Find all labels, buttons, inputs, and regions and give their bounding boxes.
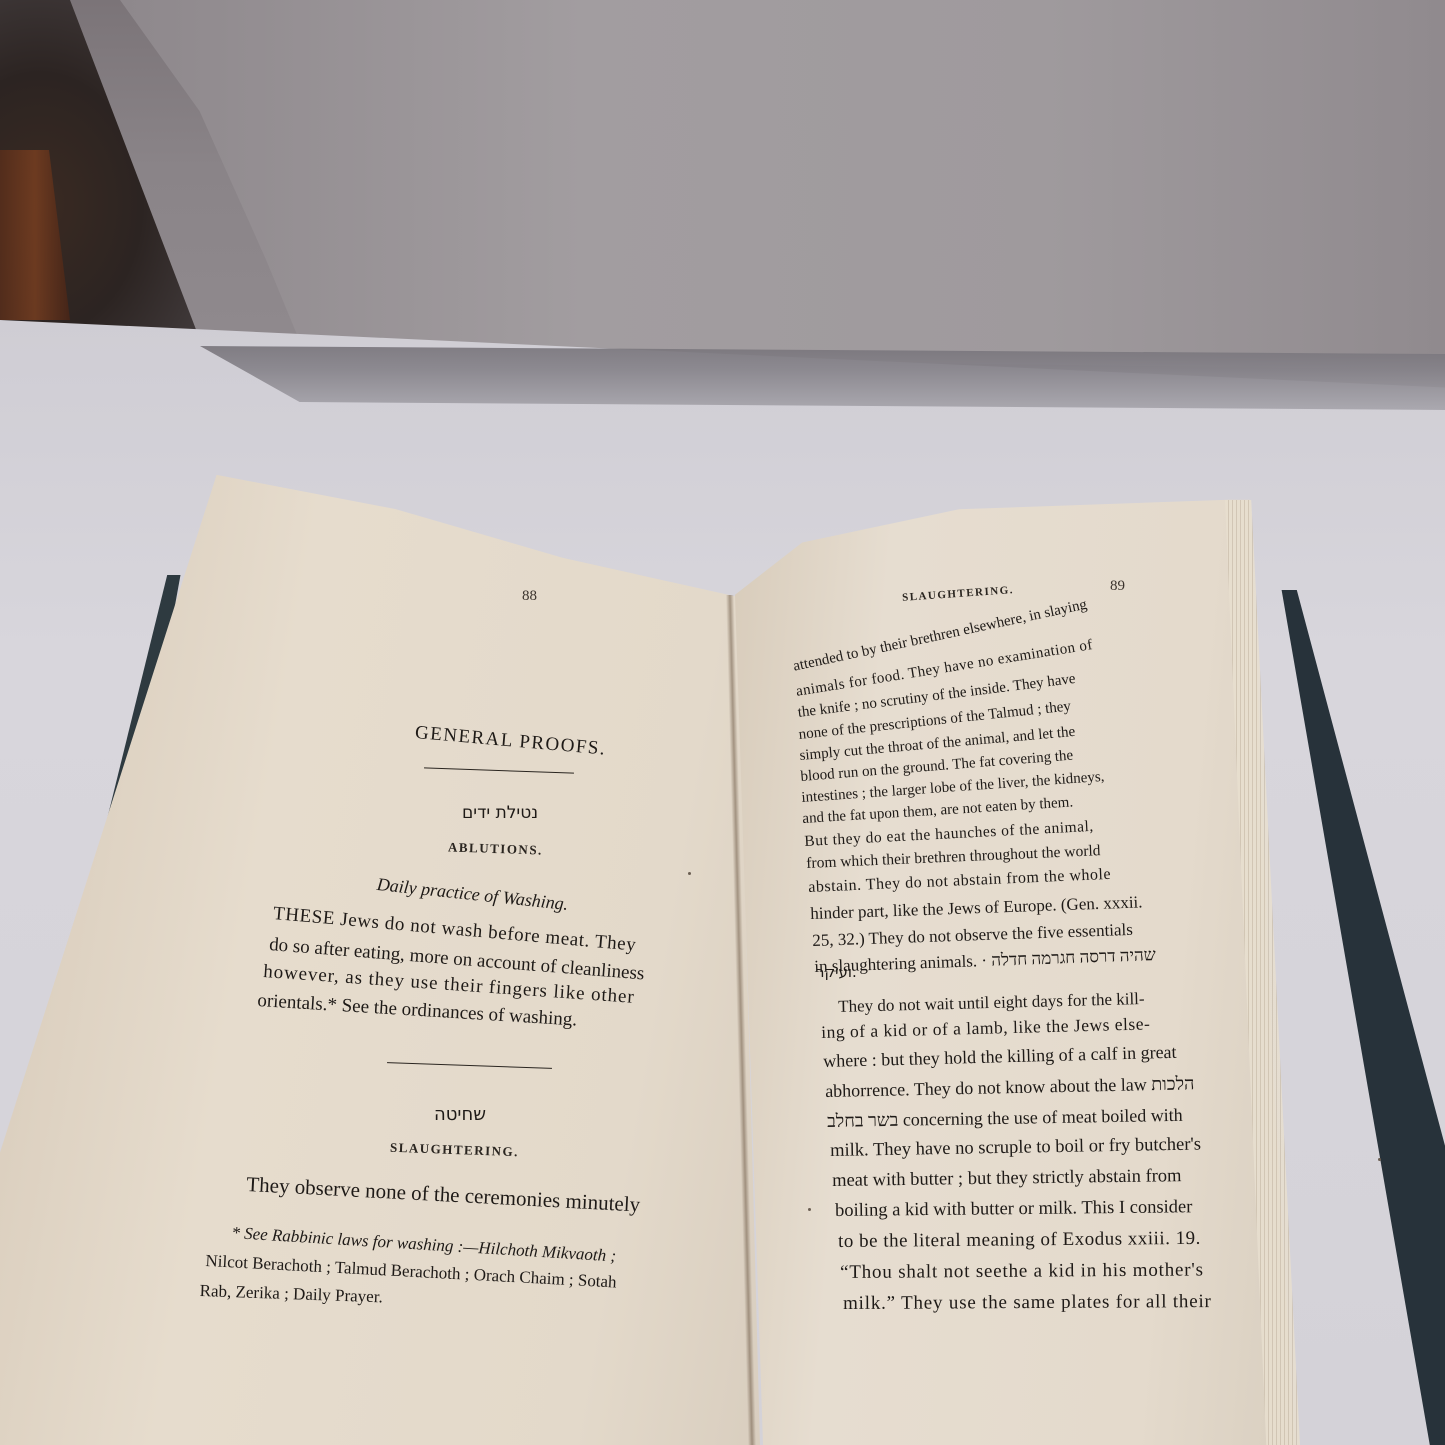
paper-speck xyxy=(688,872,691,875)
right-line-23: boiling a kid with butter or milk. This … xyxy=(835,1198,1192,1220)
ablutions-label: ABLUTIONS. xyxy=(448,839,543,858)
right-line-15-hebrew: ועיקר. xyxy=(816,965,857,980)
slaughtering-hebrew: שחיטה xyxy=(434,1104,486,1125)
paper-speck xyxy=(808,1208,811,1211)
paper-speck xyxy=(1378,1158,1381,1161)
right-line-24: to be the literal meaning of Exodus xxii… xyxy=(838,1229,1201,1251)
left-page-number: 88 xyxy=(522,588,537,605)
gray-box xyxy=(120,0,1445,370)
ablutions-hebrew: נטילת ידים xyxy=(462,803,538,823)
right-line-26: milk.” They use the same plates for all … xyxy=(843,1292,1212,1313)
right-line-25: “Thou shalt not seethe a kid in his moth… xyxy=(840,1260,1204,1282)
right-page-number: 89 xyxy=(1110,578,1125,595)
photo-scene: 88 GENERAL PROOFS. נטילת ידים ABLUTIONS.… xyxy=(0,0,1445,1445)
